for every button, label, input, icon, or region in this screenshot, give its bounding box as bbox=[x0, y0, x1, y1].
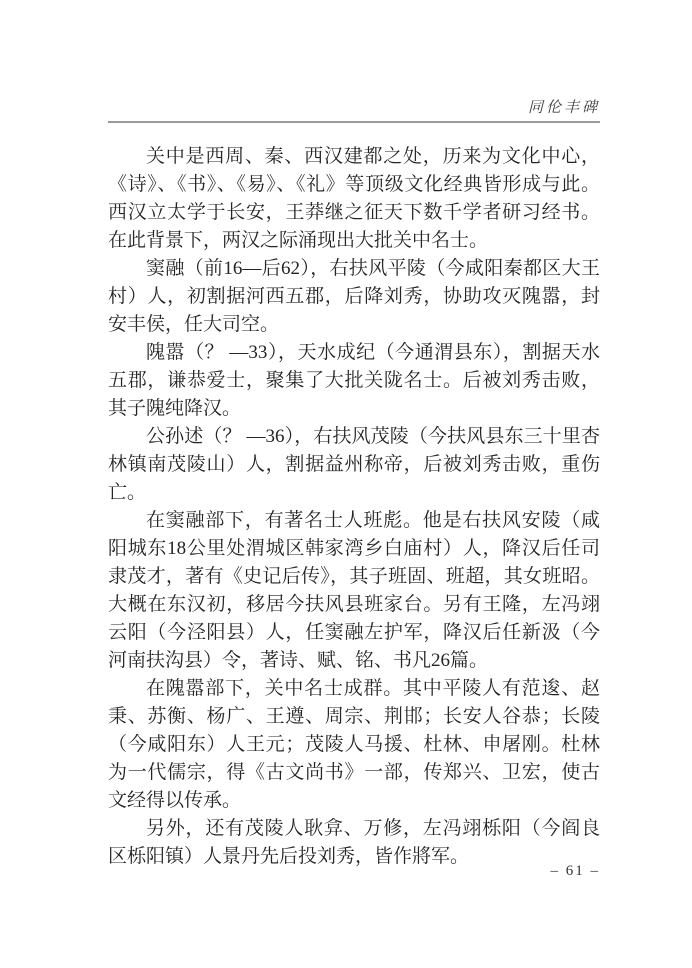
paragraph: 公孙述（？ —36），右扶风茂陵（今扶风县东三十里杏林镇南茂陵山）人，割据益州称… bbox=[108, 423, 600, 507]
page-footer: – 61 – bbox=[108, 862, 600, 880]
running-title: 同伦丰碑 bbox=[528, 100, 600, 116]
body-text: 关中是西周、秦、西汉建都之处，历来为文化中心，《诗》、《书》、《易》、《礼》等顶… bbox=[108, 143, 600, 871]
paragraph: 窦融（前16—后62），右扶风平陵（今咸阳秦都区大王村）人，初割据河西五郡，后降… bbox=[108, 255, 600, 339]
page-number: – 61 – bbox=[551, 863, 601, 879]
page-header: 同伦丰碑 bbox=[108, 96, 600, 117]
paragraph: 隗嚣（？ —33），天水成纪（今通渭县东），割据天水五郡，谦恭爱士，聚集了大批关… bbox=[108, 339, 600, 423]
paragraph: 关中是西周、秦、西汉建都之处，历来为文化中心，《诗》、《书》、《易》、《礼》等顶… bbox=[108, 143, 600, 255]
paragraph: 在隗嚣部下，关中名士成群。其中平陵人有范逡、赵秉、苏衡、杨广、王遵、周宗、荆邯；… bbox=[108, 675, 600, 815]
header-rule bbox=[108, 121, 600, 123]
paragraph: 在窦融部下，有著名士人班彪。他是右扶风安陵（咸阳城东18公里处渭城区韩家湾乡白庙… bbox=[108, 507, 600, 675]
book-page: 同伦丰碑 关中是西周、秦、西汉建都之处，历来为文化中心，《诗》、《书》、《易》、… bbox=[0, 0, 692, 968]
